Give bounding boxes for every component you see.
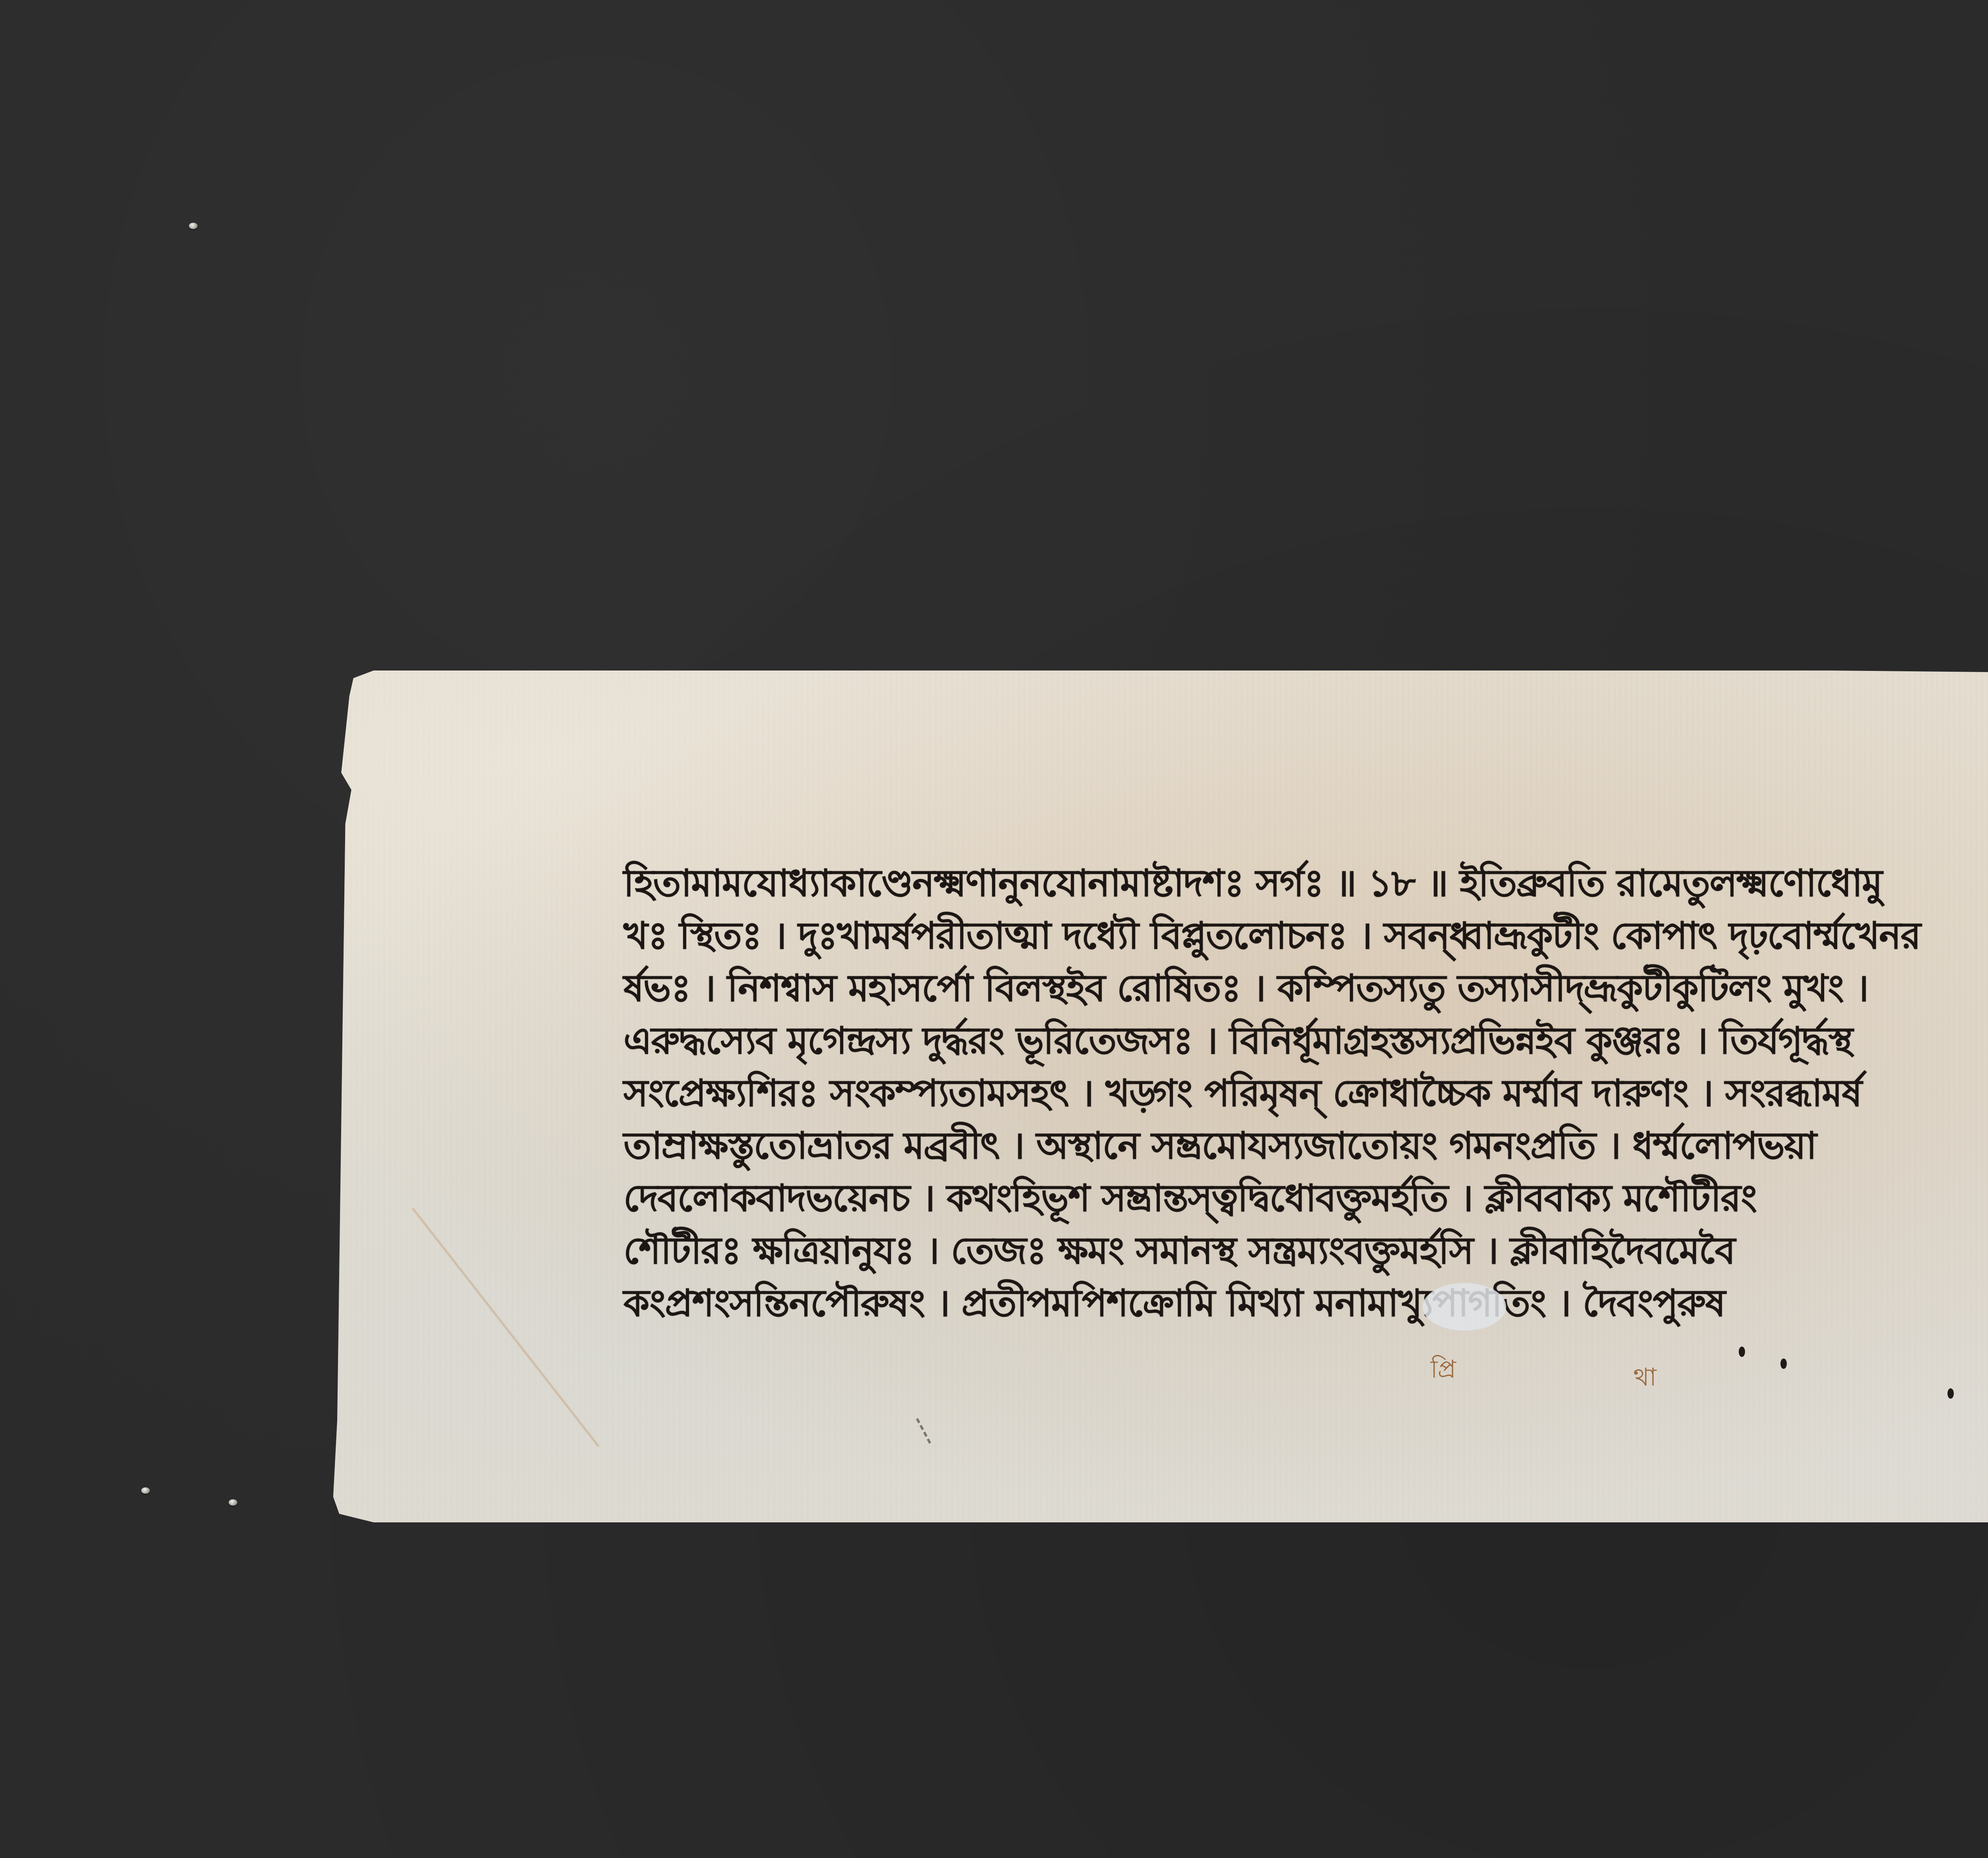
mounting-pin <box>229 1499 237 1506</box>
manuscript-line: হিতামামযোধ্যাকাণ্ডেনক্ষ্মণানুনযোনামাষ্টা… <box>623 857 1988 910</box>
manuscript-line: দেবলোকবাদভয়েনচ । কথংহিভূশ সম্ভ্রান্তস্ত… <box>623 1172 1988 1225</box>
paper-crease <box>412 1208 600 1447</box>
manuscript-text-block: হিতামামযোধ্যাকাণ্ডেনক্ষ্মণানুনযোনামাষ্টা… <box>623 857 1988 1330</box>
manuscript-line: র্ষভঃ । নিশশ্বাস মহাসর্পো বিলস্থইব রোষিত… <box>623 962 1988 1015</box>
manuscript-line: কংপ্রশংসন্তিনপৌরুষং । প্রতীপমপিশক্রোমি ম… <box>623 1277 1988 1330</box>
marginal-note: প্রি <box>1431 1351 1456 1392</box>
ink-blot <box>1739 1347 1745 1357</box>
manuscript-line: এরুদ্ধস্যেব মৃগেন্দ্রস্য দুর্দ্ধরং ভূরিত… <box>623 1015 1988 1067</box>
manuscript-line: শৌটীরঃ ক্ষত্রিয়ানুযঃ । তেজঃ ক্ষমং সমানস… <box>623 1225 1988 1277</box>
manuscript-line: তাম্রাক্ষস্তুতোভ্রাতর মব্রবীৎ । অস্থানে … <box>623 1120 1988 1172</box>
mounting-pin <box>141 1487 150 1494</box>
correction-patch <box>1423 1283 1506 1331</box>
manuscript-folio: হিতামামযোধ্যাকাণ্ডেনক্ষ্মণানুনযোনামাষ্টা… <box>333 671 1988 1522</box>
stray-ink-mark <box>916 1413 942 1444</box>
mounting-pin <box>189 223 198 229</box>
ink-blot <box>1780 1359 1787 1369</box>
manuscript-line: সংপ্রেক্ষ্যশিরঃ সংকম্প্যতামসহৎ । খড়্গং … <box>623 1067 1988 1120</box>
ink-blot <box>1947 1388 1954 1399</box>
manuscript-line: খঃ স্থিতঃ । দুঃখামর্ষপরীতাত্মা দধ্যৌ বিপ… <box>623 910 1988 962</box>
marginal-note: থা <box>1633 1359 1656 1399</box>
